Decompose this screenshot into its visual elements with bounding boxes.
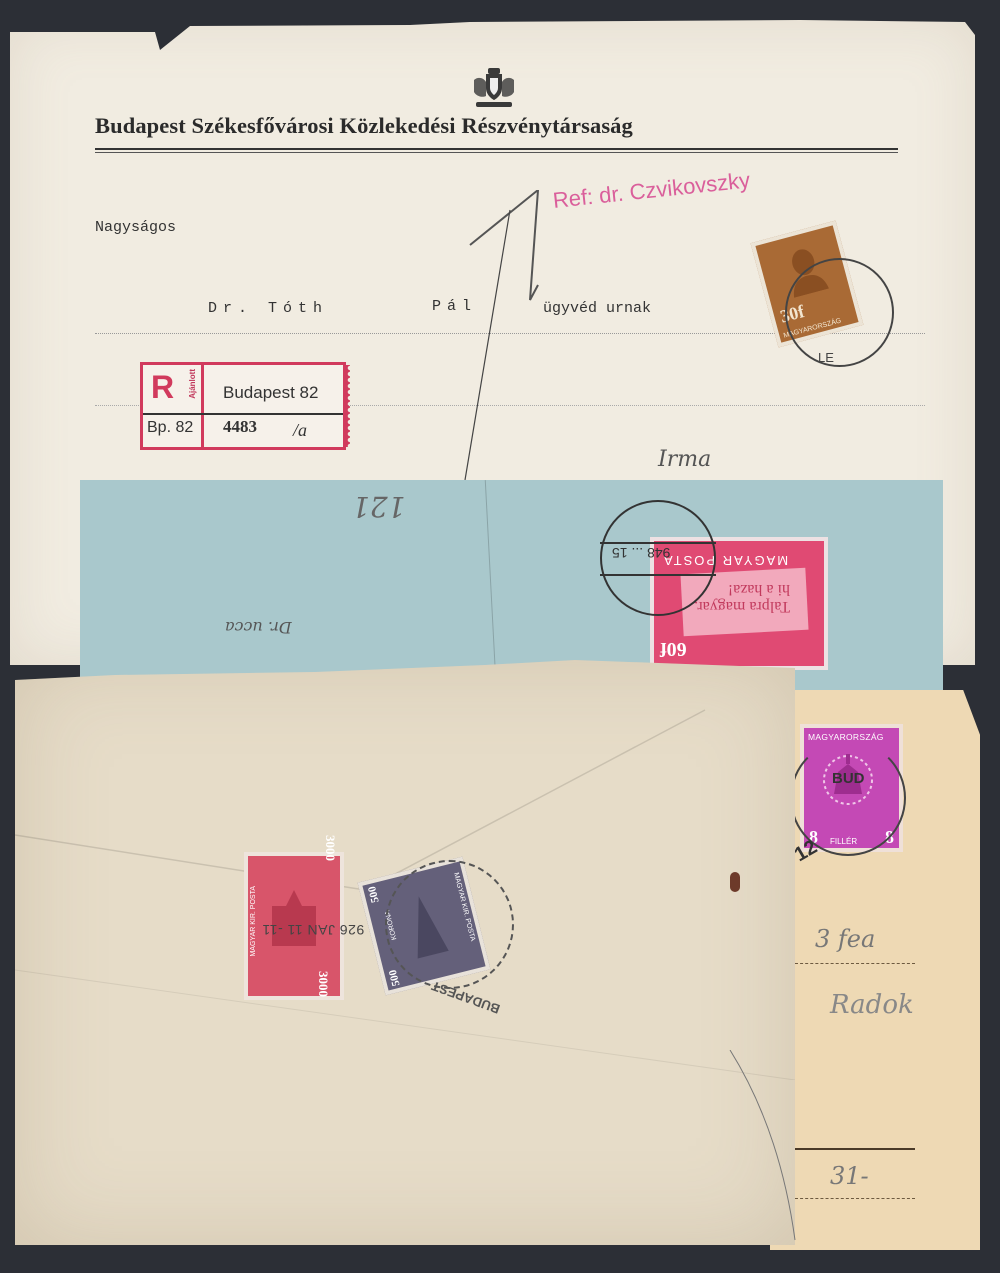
registration-letter: R xyxy=(151,369,174,406)
registration-suffix: /a xyxy=(293,420,307,441)
postmark-date: 948 ... 15 xyxy=(612,545,670,561)
stamp-value: 500 xyxy=(387,968,403,987)
registration-label: R Ajánlott Bp. 82 Budapest 82 4483 /a xyxy=(140,362,346,450)
stamp-value: 60f xyxy=(660,637,687,660)
stamp-value: 3000 xyxy=(322,835,338,861)
postmark-circle xyxy=(385,860,514,989)
pencil-note: 31- xyxy=(830,1162,869,1190)
pencil-note: 121 xyxy=(352,490,405,523)
pencil-note: 3 fea xyxy=(815,925,875,953)
pencil-signature: Irma xyxy=(658,447,711,472)
registration-vertical-text: Ajánlott xyxy=(188,369,197,399)
inscription-line: Talpra magyar, xyxy=(694,598,790,615)
stamp-country: MAGYAR KIR. POSTA xyxy=(250,886,257,957)
letterhead-rule xyxy=(95,148,898,150)
postmark-text: LE xyxy=(818,350,834,365)
letterhead-company-name: Budapest Székesfővárosi Közlekedési Rész… xyxy=(95,113,633,139)
postmark-date: 926 JAN 11 -11 xyxy=(262,922,364,938)
stamp-value: 3000 xyxy=(315,971,331,997)
registration-number: 4483 xyxy=(223,417,257,437)
pencil-note: Radok xyxy=(830,990,914,1020)
registration-office-code: Bp. 82 xyxy=(147,419,193,437)
postmark-circle xyxy=(785,258,894,367)
paper-damage-spot xyxy=(730,872,740,892)
registration-city: Budapest 82 xyxy=(223,383,318,403)
address-dashed-line xyxy=(795,1198,915,1199)
postmark-place: BUD xyxy=(832,770,865,787)
pencil-arrow-mark xyxy=(460,190,550,490)
address-dashed-line xyxy=(795,963,915,964)
recipient-title: ügyvéd urnak xyxy=(543,300,651,317)
stamp-value: 500 xyxy=(366,885,382,904)
pencil-note: Dr. ucca xyxy=(225,618,292,637)
address-rule xyxy=(795,1148,915,1150)
parliament-icon xyxy=(266,886,322,956)
recipient-name: Dr. Tóth xyxy=(208,300,328,317)
envelope-edge-line xyxy=(620,1050,800,1250)
letterhead-rule xyxy=(95,152,898,153)
coat-of-arms-icon xyxy=(466,66,522,110)
inscription-line: hi a haza! xyxy=(728,581,790,598)
salutation: Nagyságos xyxy=(95,219,176,236)
